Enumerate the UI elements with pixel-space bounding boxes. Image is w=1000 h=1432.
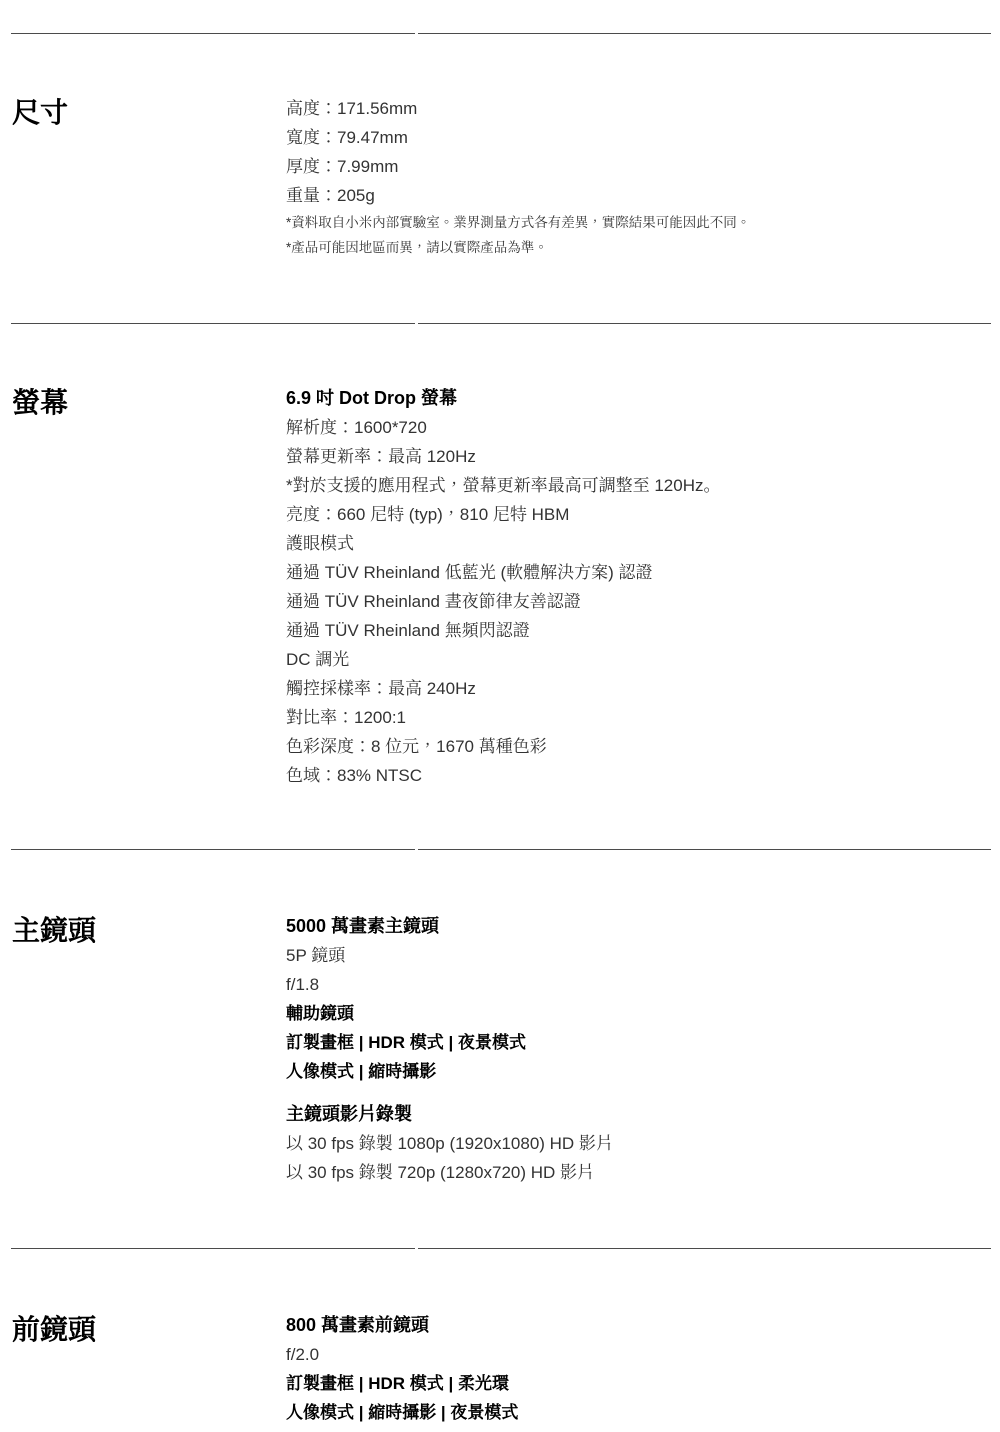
section-title: 螢幕 (0, 384, 286, 790)
spec-line: *對於支援的應用程式，螢幕更新率最高可調整至 120Hz。 (286, 471, 980, 500)
section-main-camera: 主鏡頭 5000 萬畫素主鏡頭5P 鏡頭f/1.8輔助鏡頭訂製畫框 | HDR … (0, 849, 1000, 1248)
section-body: 800 萬畫素前鏡頭f/2.0訂製畫框 | HDR 模式 | 柔光環人像模式 |… (286, 1311, 1000, 1427)
section-dimensions: 尺寸 高度：171.56mm寬度：79.47mm厚度：7.99mm重量：205g… (0, 33, 1000, 323)
section-divider (11, 33, 991, 34)
spec-line: 訂製畫框 | HDR 模式 | 柔光環 (286, 1369, 980, 1398)
spec-line: 6.9 吋 Dot Drop 螢幕 (286, 384, 980, 413)
spec-line: 以 30 fps 錄製 1080p (1920x1080) HD 影片 (286, 1129, 980, 1158)
spec-line: DC 調光 (286, 645, 980, 674)
section-title: 主鏡頭 (0, 912, 286, 1187)
spec-line: 寬度：79.47mm (286, 123, 980, 152)
spec-line: 高度：171.56mm (286, 94, 980, 123)
divider-right-segment (418, 33, 991, 34)
spec-line: f/1.8 (286, 970, 980, 999)
divider-left-segment (11, 849, 415, 850)
spec-line: 色彩深度：8 位元，1670 萬種色彩 (286, 732, 980, 761)
spec-line: 訂製畫框 | HDR 模式 | 夜景模式 (286, 1028, 980, 1057)
section-inner: 螢幕 6.9 吋 Dot Drop 螢幕解析度：1600*720螢幕更新率：最高… (0, 324, 1000, 849)
divider-left-segment (11, 323, 415, 324)
divider-right-segment (418, 1248, 991, 1249)
spec-line: *資料取自小米內部實驗室。業界測量方式各有差異，實際結果可能因此不同。 (286, 210, 980, 235)
spec-line: 重量：205g (286, 181, 980, 210)
section-body: 5000 萬畫素主鏡頭5P 鏡頭f/1.8輔助鏡頭訂製畫框 | HDR 模式 |… (286, 912, 1000, 1187)
section-divider (11, 849, 991, 850)
section-inner: 尺寸 高度：171.56mm寬度：79.47mm厚度：7.99mm重量：205g… (0, 34, 1000, 323)
spec-line: 亮度：660 尼特 (typ)，810 尼特 HBM (286, 500, 980, 529)
divider-right-segment (418, 849, 991, 850)
spec-line: f/2.0 (286, 1340, 980, 1369)
divider-right-segment (418, 323, 991, 324)
divider-left-segment (11, 33, 415, 34)
spec-line: 5000 萬畫素主鏡頭 (286, 912, 980, 941)
section-body: 6.9 吋 Dot Drop 螢幕解析度：1600*720螢幕更新率：最高 12… (286, 384, 1000, 790)
spec-line: 解析度：1600*720 (286, 413, 980, 442)
top-spacer (0, 0, 1000, 33)
section-divider (11, 323, 991, 324)
spec-line: 觸控採樣率：最高 240Hz (286, 674, 980, 703)
spec-line: 螢幕更新率：最高 120Hz (286, 442, 980, 471)
spec-line: 輔助鏡頭 (286, 999, 980, 1028)
spec-page: 尺寸 高度：171.56mm寬度：79.47mm厚度：7.99mm重量：205g… (0, 0, 1000, 1432)
spec-line: 厚度：7.99mm (286, 152, 980, 181)
spec-line: 通過 TÜV Rheinland 低藍光 (軟體解決方案) 認證 (286, 558, 980, 587)
divider-left-segment (11, 1248, 415, 1249)
spec-line: 5P 鏡頭 (286, 941, 980, 970)
section-front-camera: 前鏡頭 800 萬畫素前鏡頭f/2.0訂製畫框 | HDR 模式 | 柔光環人像… (0, 1248, 1000, 1427)
spec-line: 800 萬畫素前鏡頭 (286, 1311, 980, 1340)
section-inner: 主鏡頭 5000 萬畫素主鏡頭5P 鏡頭f/1.8輔助鏡頭訂製畫框 | HDR … (0, 850, 1000, 1248)
spec-line: 護眼模式 (286, 529, 980, 558)
section-inner: 前鏡頭 800 萬畫素前鏡頭f/2.0訂製畫框 | HDR 模式 | 柔光環人像… (0, 1249, 1000, 1427)
spec-line: 通過 TÜV Rheinland 無頻閃認證 (286, 616, 980, 645)
spec-line: 主鏡頭影片錄製 (286, 1100, 980, 1129)
spec-line: *產品可能因地區而異，請以實際產品為準。 (286, 235, 980, 260)
section-title: 前鏡頭 (0, 1311, 286, 1427)
spec-line: 通過 TÜV Rheinland 晝夜節律友善認證 (286, 587, 980, 616)
spec-line: 人像模式 | 縮時攝影 | 夜景模式 (286, 1398, 980, 1427)
spec-line: 以 30 fps 錄製 720p (1280x720) HD 影片 (286, 1158, 980, 1187)
spec-line: 人像模式 | 縮時攝影 (286, 1057, 980, 1086)
section-divider (11, 1248, 991, 1249)
section-body: 高度：171.56mm寬度：79.47mm厚度：7.99mm重量：205g*資料… (286, 94, 1000, 260)
section-display: 螢幕 6.9 吋 Dot Drop 螢幕解析度：1600*720螢幕更新率：最高… (0, 323, 1000, 849)
spec-line: 色域：83% NTSC (286, 761, 980, 790)
spec-line: 對比率：1200:1 (286, 703, 980, 732)
section-title: 尺寸 (0, 94, 286, 260)
